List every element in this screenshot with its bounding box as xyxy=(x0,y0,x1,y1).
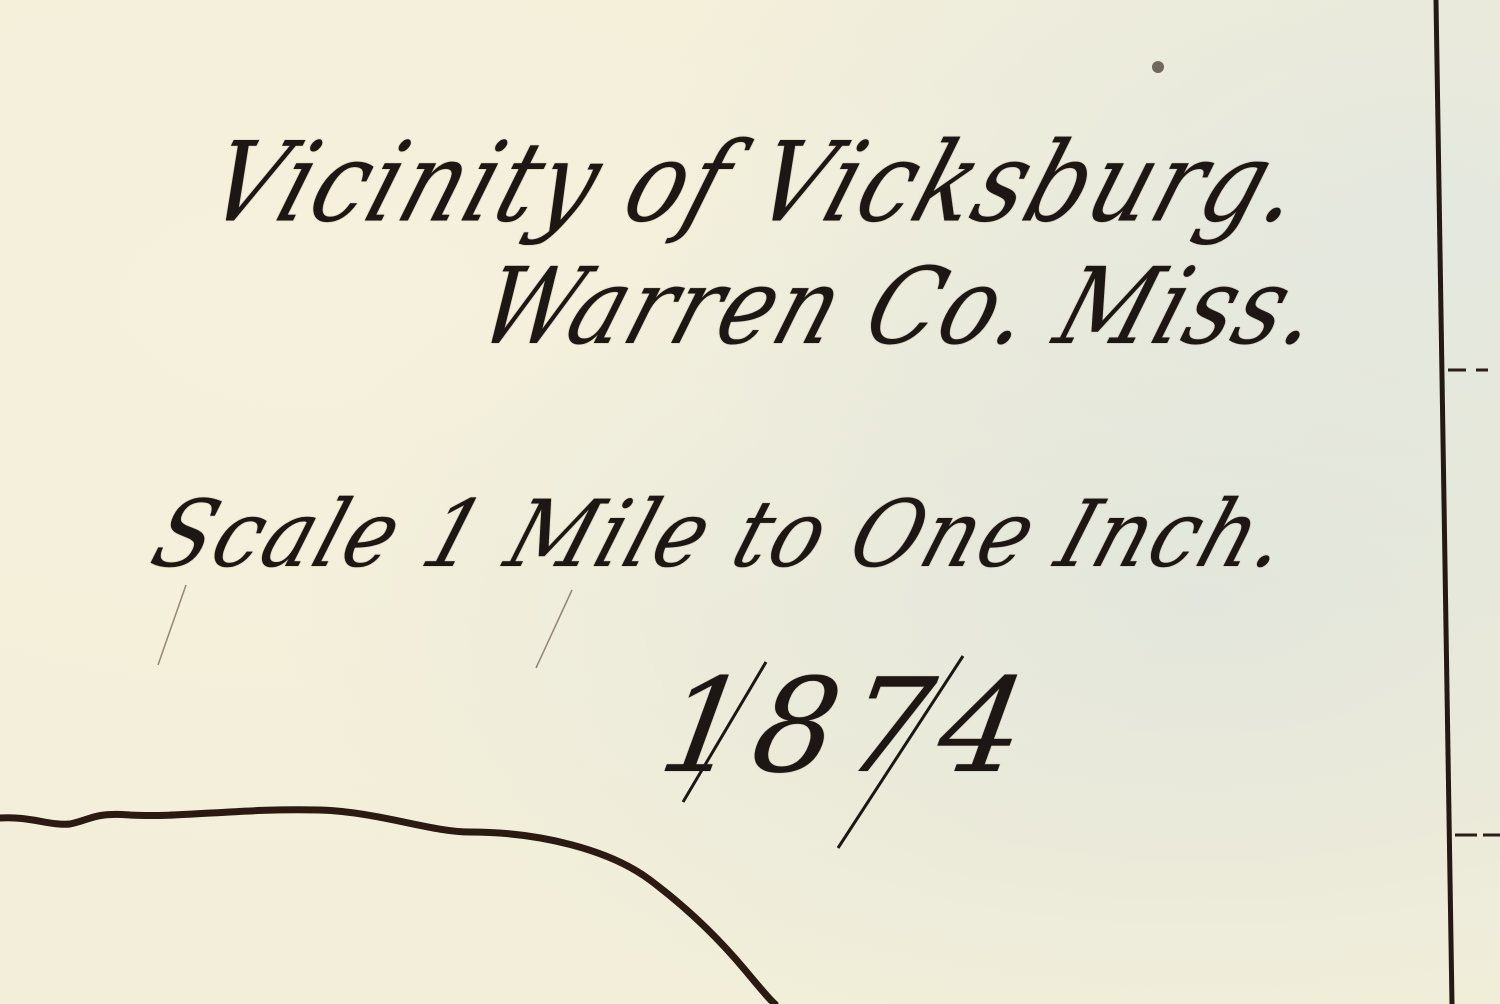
map-title-line2: Warren Co. Miss. xyxy=(465,245,1339,368)
map-scale-note: Scale 1 Mile to One Inch. xyxy=(140,480,1305,588)
map-title-line1: Vicinity of Vicksburg. xyxy=(193,118,1322,247)
map-year: 1874 xyxy=(635,650,1061,802)
